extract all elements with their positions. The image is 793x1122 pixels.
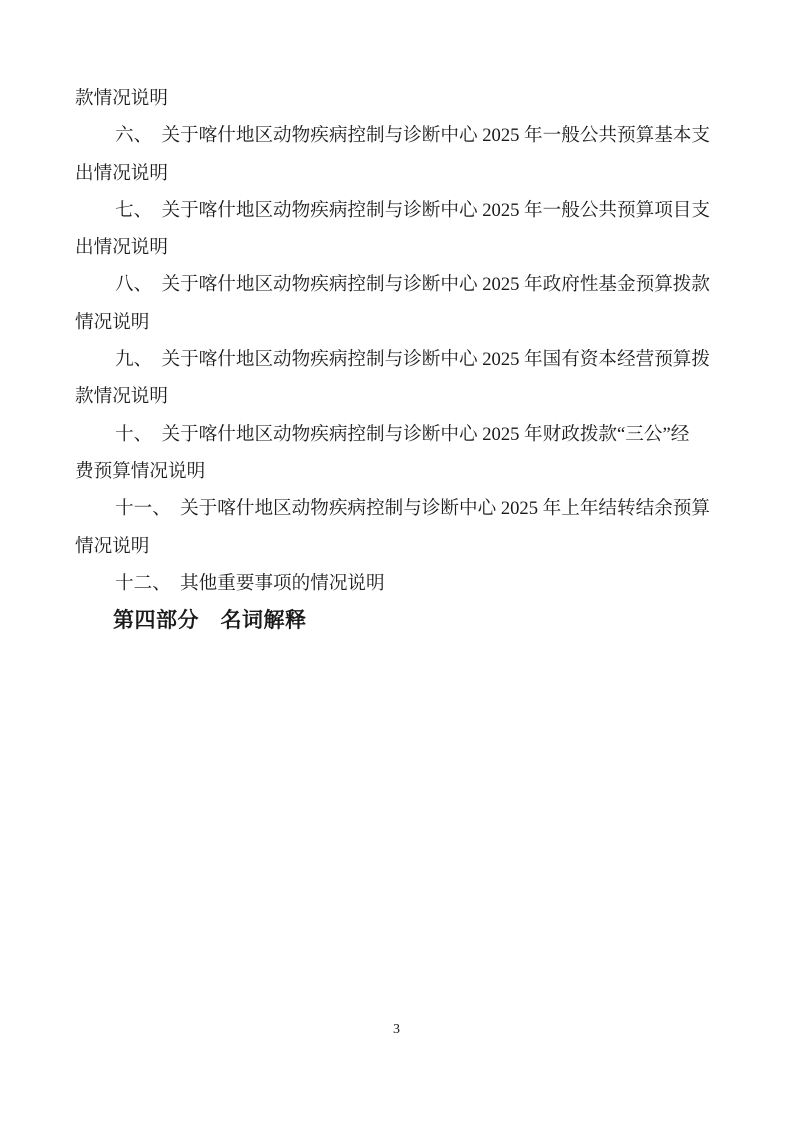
- document-page: { "page": { "background_color": "#ffffff…: [0, 0, 793, 1122]
- toc-continuation-line: 出情况说明: [75, 229, 735, 266]
- toc-item-11-line: 十一、 关于喀什地区动物疾病控制与诊断中心 2025 年上年结转结余预算: [75, 490, 735, 527]
- toc-continuation-line: 款情况说明: [75, 378, 735, 415]
- toc-continuation-line: 情况说明: [75, 528, 735, 565]
- toc-content-block: 款情况说明 六、 关于喀什地区动物疾病控制与诊断中心 2025 年一般公共预算基…: [75, 80, 735, 639]
- toc-item-8-line: 八、 关于喀什地区动物疾病控制与诊断中心 2025 年政府性基金预算拨款: [75, 266, 735, 303]
- toc-continuation-line: 情况说明: [75, 304, 735, 341]
- page-number: 3: [0, 1022, 793, 1038]
- toc-continuation-line: 费预算情况说明: [75, 453, 735, 490]
- toc-item-7-line: 七、 关于喀什地区动物疾病控制与诊断中心 2025 年一般公共预算项目支: [75, 192, 735, 229]
- toc-item-6-line: 六、 关于喀什地区动物疾病控制与诊断中心 2025 年一般公共预算基本支: [75, 117, 735, 154]
- toc-continuation-line: 出情况说明: [75, 155, 735, 192]
- toc-item-10-line: 十、 关于喀什地区动物疾病控制与诊断中心 2025 年财政拨款“三公”经: [75, 416, 735, 453]
- toc-item-12-line: 十二、 其他重要事项的情况说明: [75, 565, 735, 602]
- section-heading: 第四部分 名词解释: [75, 602, 735, 639]
- toc-continuation-line: 款情况说明: [75, 80, 735, 117]
- toc-item-9-line: 九、 关于喀什地区动物疾病控制与诊断中心 2025 年国有资本经营预算拨: [75, 341, 735, 378]
